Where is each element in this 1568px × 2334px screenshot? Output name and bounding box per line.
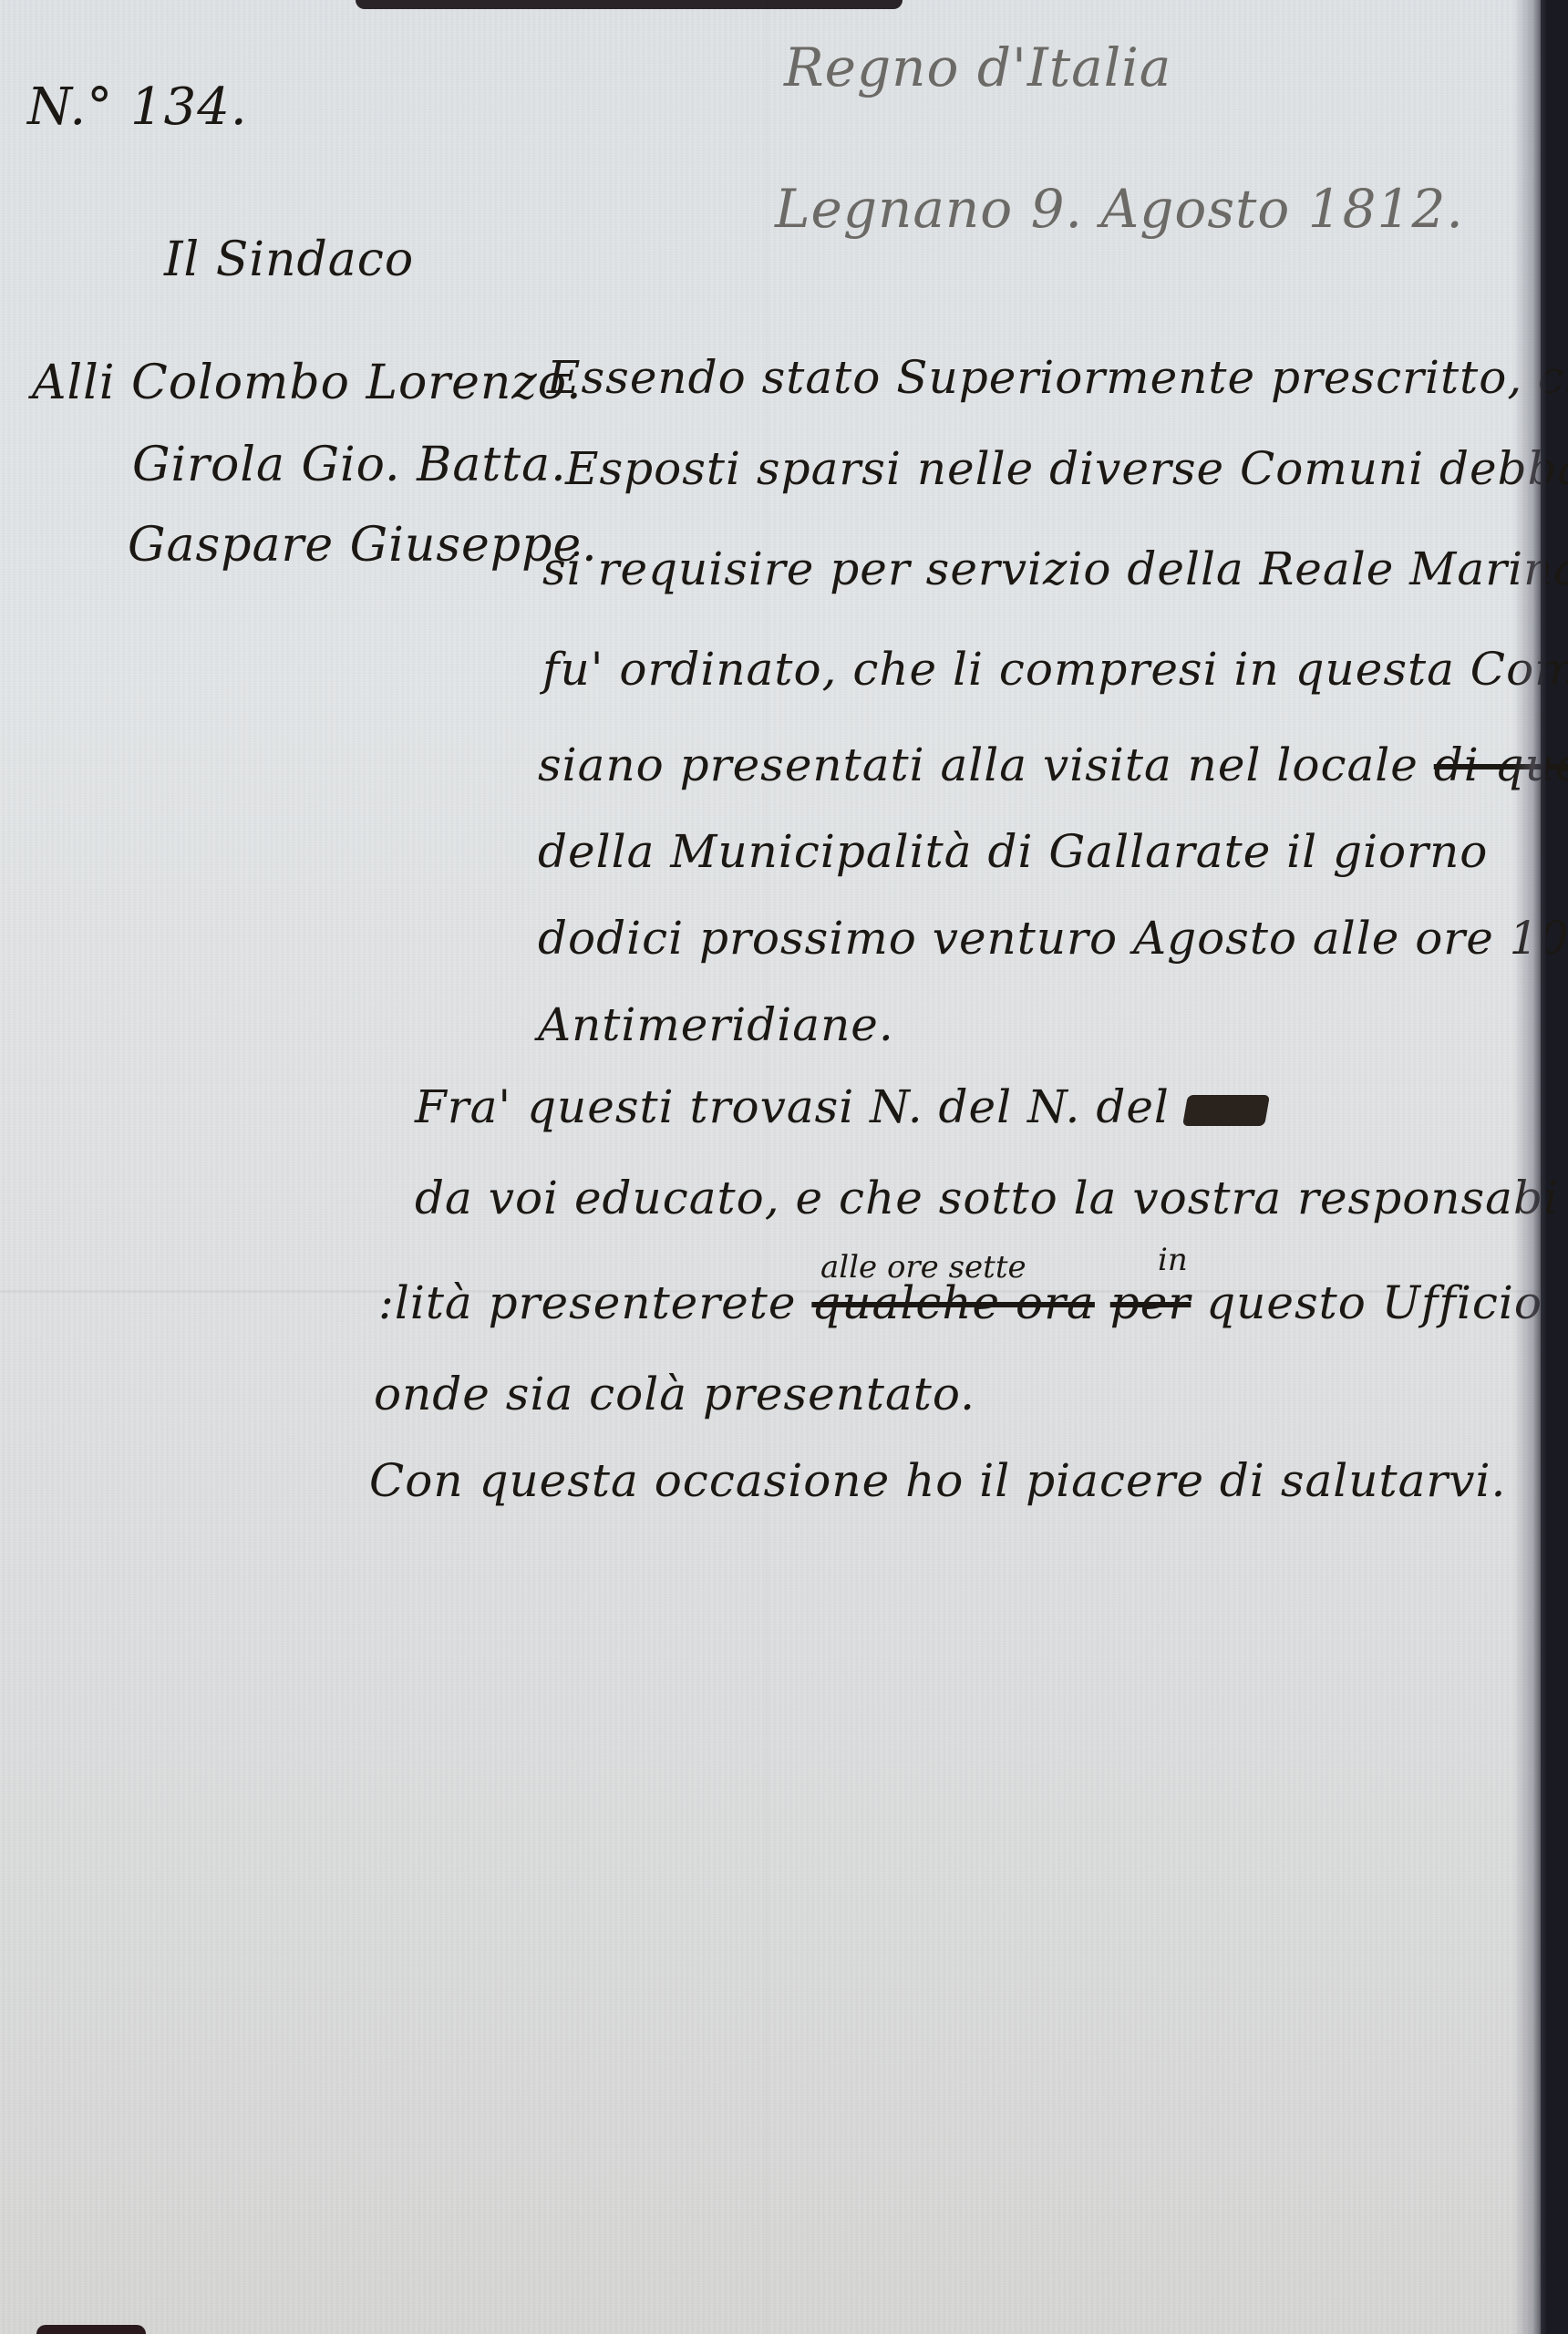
body-line-3: si requisire per servizio della Reale Ma… xyxy=(542,542,1568,595)
body-line-11-tail: questo Ufficio xyxy=(1206,1276,1542,1329)
ink-blot xyxy=(1182,1095,1270,1126)
body-line-13: Con questa occasione ho il piacere di sa… xyxy=(369,1454,1506,1507)
body-line-2: Esposti sparsi nelle diverse Comuni debb… xyxy=(565,442,1568,495)
struck-word-1: di questa xyxy=(1434,738,1568,791)
header-kingdom: Regno d'Italia xyxy=(784,36,1171,98)
body-line-9-text: Fra' questi trovasi N. del N. del xyxy=(415,1080,1170,1133)
body-line-11: :lità presenterete qualche ora per quest… xyxy=(378,1276,1542,1329)
reference-number: N.° 134. xyxy=(27,77,248,137)
body-line-5: siano presentati alla visita nel locale … xyxy=(538,738,1568,791)
interlinear-insertion-2: in xyxy=(1158,1242,1188,1278)
recipient-2: Girola Gio. Batta. xyxy=(132,438,567,492)
struck-word-2: qualche ora xyxy=(811,1276,1095,1329)
body-line-5-text: siano presentati alla visita nel locale xyxy=(538,738,1418,791)
header-place-date: Legnano 9. Agosto 1812. xyxy=(775,178,1464,240)
body-line-4: fu' ordinato, che li compresi in questa … xyxy=(542,643,1568,696)
body-line-10: da voi educato, e che sotto la vostra re… xyxy=(415,1172,1559,1224)
body-line-1: Essendo stato Superiormente prescritto, … xyxy=(547,351,1568,404)
paper-sheet: N.° 134. Regno d'Italia Legnano 9. Agost… xyxy=(0,0,1541,2334)
body-line-7: dodici prossimo venturo Agosto alle ore … xyxy=(538,912,1568,965)
body-line-6: della Municipalità di Gallarate il giorn… xyxy=(538,825,1488,878)
torn-bottom-edge xyxy=(36,2325,146,2334)
addressee-title: Il Sindaco xyxy=(164,232,414,287)
body-line-8: Antimeridiane. xyxy=(538,998,894,1051)
recipient-1: Alli Colombo Lorenzo. xyxy=(32,356,583,410)
vertical-fold-line xyxy=(766,0,768,2334)
body-line-11-text: :lità presenterete xyxy=(378,1276,796,1329)
body-line-12: onde sia colà presentato. xyxy=(374,1368,975,1420)
torn-top-edge xyxy=(356,0,903,9)
body-line-9: Fra' questi trovasi N. del N. del xyxy=(415,1080,1267,1133)
struck-word-3: per xyxy=(1110,1276,1191,1329)
recipient-3: Gaspare Giuseppe. xyxy=(128,518,598,573)
